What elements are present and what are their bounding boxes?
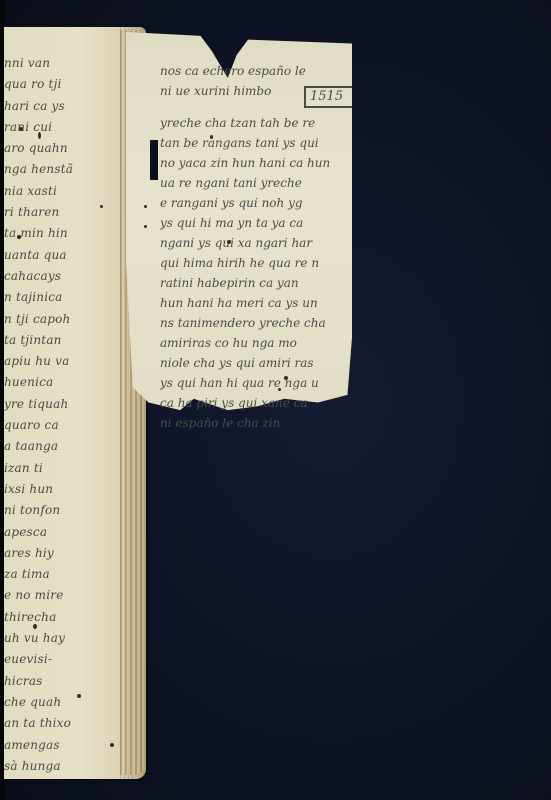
folio-number-box: 1515 <box>304 86 352 108</box>
fragment-line: hun hani ha meri ca ys un <box>160 293 350 313</box>
left-line: hicras <box>4 671 104 692</box>
fragment-line: no yaca zin hun hani ca hun <box>160 153 350 173</box>
ink-spot <box>144 205 147 208</box>
left-line: ixsi hun <box>4 479 104 500</box>
left-line: e no mire <box>4 585 104 606</box>
left-line: aro quahn <box>4 138 104 159</box>
left-page-text: nni van qua ro tji hari ca ys rani cui a… <box>4 53 104 777</box>
left-line: ri tharen <box>4 202 104 223</box>
left-line: qua ro tji <box>4 74 104 95</box>
left-line: huenica <box>4 372 104 393</box>
fragment-text: nos ca echero españo le ni ue xurini him… <box>160 61 350 433</box>
left-line: hari ca ys <box>4 96 104 117</box>
fragment-line: ns tanimendero yreche cha <box>160 313 350 333</box>
fragment-line: tan be rangans tani ys qui <box>160 133 350 153</box>
left-line: an ta thixo <box>4 713 104 734</box>
left-line: nni van <box>4 53 104 74</box>
left-line: sà hunga <box>4 756 104 777</box>
left-line: za tima <box>4 564 104 585</box>
fragment-line: ni espaňo le cha zin <box>160 413 350 433</box>
ink-spot <box>278 388 281 391</box>
fragment-line: ys qui han hi qua re nga u <box>160 373 350 393</box>
fragment-tear-gap <box>150 140 158 180</box>
left-line: apiu hu va <box>4 351 104 372</box>
ink-spot <box>110 743 114 747</box>
fragment-line: e rangani ys qui noh yg <box>160 193 350 213</box>
ink-spot <box>144 225 147 228</box>
fragment-line: ca ha piri ys qui xane ca <box>160 393 350 413</box>
ink-spot <box>227 240 231 244</box>
left-line: euevisi- <box>4 649 104 670</box>
left-line: quaro ca <box>4 415 104 436</box>
fragment-header-line: nos ca echero españo le <box>160 61 350 81</box>
left-line: apesca <box>4 522 104 543</box>
left-line: ta tjintan <box>4 330 104 351</box>
ink-spot <box>38 132 41 139</box>
left-line: izan ti <box>4 458 104 479</box>
fragment-line: amiriras co hu nga mo <box>160 333 350 353</box>
left-line: amengas <box>4 735 104 756</box>
ink-spot <box>33 624 37 629</box>
left-line: che quah <box>4 692 104 713</box>
fragment-line: qui hima hirih he qua re n <box>160 253 350 273</box>
ink-spot <box>17 235 21 239</box>
left-line: thirecha <box>4 607 104 628</box>
ink-spot <box>19 127 23 131</box>
left-line: n tji capoh <box>4 309 104 330</box>
fragment-line: yreche cha tzan tah be re <box>160 113 350 133</box>
fragment-line: ua re ngani tani yreche <box>160 173 350 193</box>
left-line: nia xasti <box>4 181 104 202</box>
left-line: a taanga <box>4 436 104 457</box>
left-line: ares hiy <box>4 543 104 564</box>
left-line: cahacays <box>4 266 104 287</box>
ink-spot <box>284 376 288 380</box>
fragment-line: ratini habepirin ca yan <box>160 273 350 293</box>
left-line: uh vu hay <box>4 628 104 649</box>
ink-spot <box>100 205 103 208</box>
ink-spot <box>77 694 81 698</box>
left-line: ni tonfon <box>4 500 104 521</box>
ink-spot <box>210 135 213 139</box>
fragment-line: ngani ys qui xa ngari har <box>160 233 350 253</box>
fragment-line: niole cha ys qui amiri ras <box>160 353 350 373</box>
left-line: yre tiquah <box>4 394 104 415</box>
left-line: nga henstã <box>4 159 104 180</box>
fragment-line: ys qui hi ma yn ta ya ca <box>160 213 350 233</box>
left-line: uanta qua <box>4 245 104 266</box>
left-line: n tajinica <box>4 287 104 308</box>
